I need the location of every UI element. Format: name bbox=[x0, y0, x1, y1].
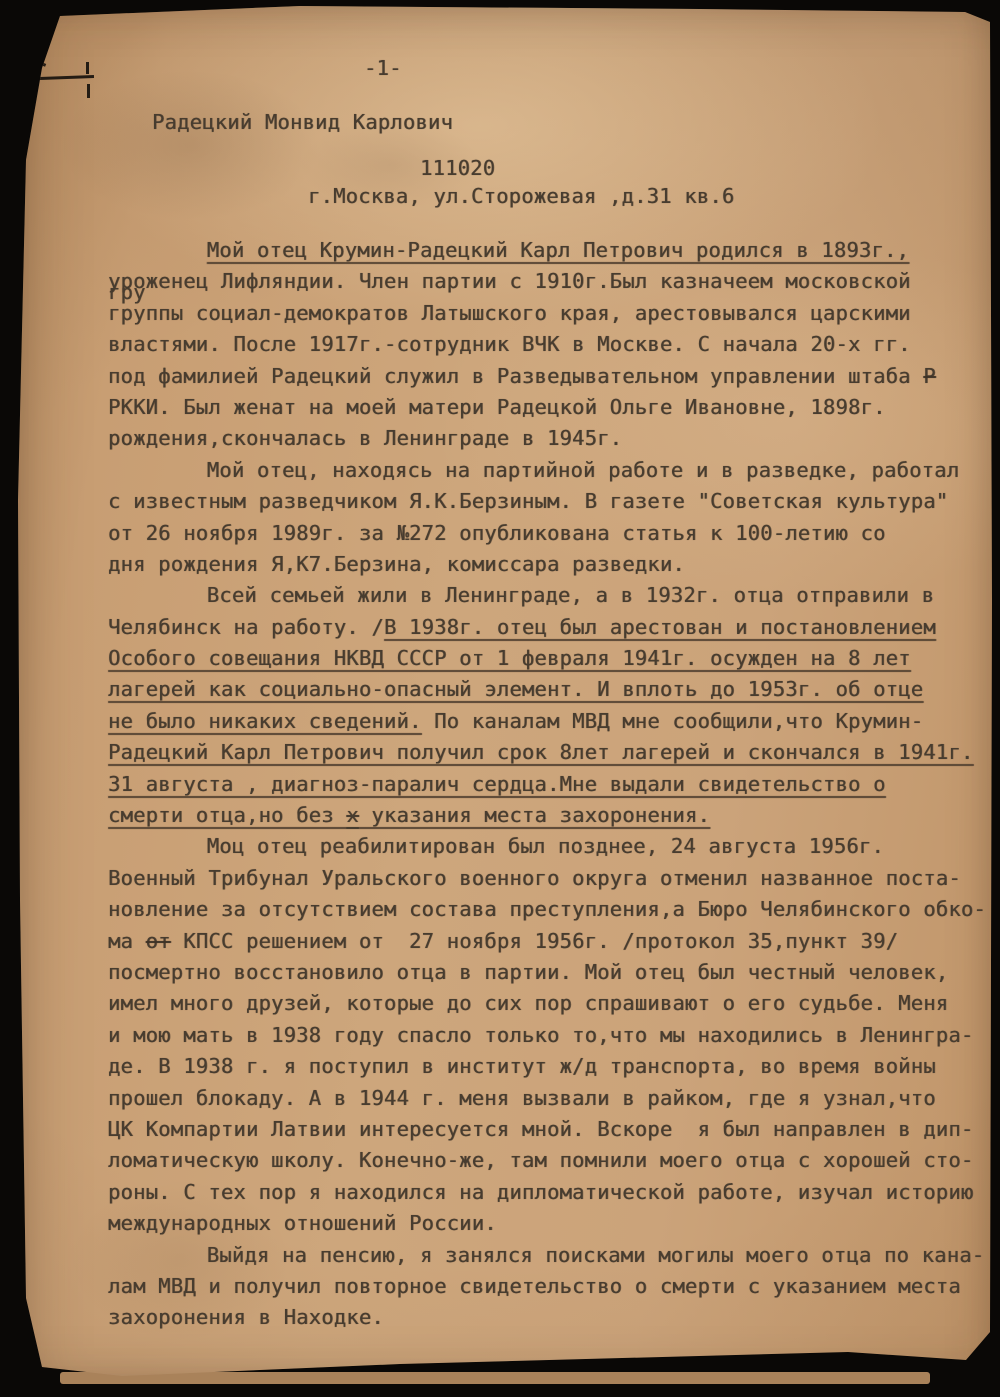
text-line: лам МВД и получил повторное свидетельств… bbox=[108, 1271, 978, 1302]
text-segment: ломатическую школу. Конечно-же, там помн… bbox=[108, 1148, 973, 1172]
text-line: новление за отсутствием состава преступл… bbox=[108, 894, 978, 925]
text-line: не было никаких сведений. По каналам МВД… bbox=[108, 706, 978, 737]
text-segment: Особого совещания НКВД СССР от 1 февраля… bbox=[108, 646, 911, 670]
text-segment: имел много друзей, которые до сих пор сп… bbox=[108, 991, 948, 1015]
text-line: Особого совещания НКВД СССР от 1 февраля… bbox=[108, 643, 978, 674]
text-line: с известным разведчиком Я.К.Берзиным. В … bbox=[108, 486, 978, 517]
postal-code: 111020 bbox=[420, 156, 495, 180]
underlying-page-edge bbox=[60, 1372, 930, 1384]
text-segment: лагерей как социально-опасный элемент. И… bbox=[108, 677, 923, 701]
text-segment: международных отношений России. bbox=[108, 1211, 497, 1235]
text-segment: де. В 1938 г. я поступил в институт ж/д … bbox=[108, 1054, 936, 1078]
text-line: Моц отец реабилитирован был позднее, 24 … bbox=[108, 831, 978, 862]
text-segment: с известным разведчиком Я.К.Берзиным. В … bbox=[108, 489, 948, 513]
text-line: Военный Трибунал Уральского военного окр… bbox=[108, 863, 978, 894]
text-line: 31 августа , диагноз-паралич сердца.Мне … bbox=[108, 769, 978, 800]
text-segment: уроженец Лифляндии. Член партии с 1910г.… bbox=[108, 269, 911, 293]
text-line: и мою мать в 1938 году спасло только то,… bbox=[108, 1020, 978, 1051]
paragraph: Выйдя на пенсию, я занялся поисками моги… bbox=[108, 1240, 978, 1334]
text-segment: от bbox=[146, 929, 171, 953]
page-number: -1- bbox=[364, 56, 402, 80]
text-line: Выйдя на пенсию, я занялся поисками моги… bbox=[108, 1240, 978, 1271]
paragraph: Всей семьей жили в Ленинграде, а в 1932г… bbox=[108, 580, 978, 831]
text-line: рождения,скончалась в Ленинграде в 1945г… bbox=[108, 423, 978, 454]
text-line: Радецкий Карл Петрович получил срок 8лет… bbox=[108, 737, 978, 768]
text-line: Челябинск на работу. /В 1938г. отец был … bbox=[108, 612, 978, 643]
paragraph: Моц отец реабилитирован был позднее, 24 … bbox=[108, 831, 978, 1239]
text-segment: прошел блокаду. А в 1944 г. меня вызвали… bbox=[108, 1086, 936, 1110]
text-line: роны. С тех пор я находился на дипломати… bbox=[108, 1177, 978, 1208]
staple-mark-tick bbox=[87, 84, 90, 98]
text-segment: В 1938г. отец был арестован и постановле… bbox=[384, 615, 936, 639]
text-line: ЦК Компартии Латвии интересуется мной. В… bbox=[108, 1114, 978, 1145]
staple-mark-line bbox=[40, 75, 94, 80]
text-line: лагерей как социально-опасный элемент. И… bbox=[108, 674, 978, 705]
text-line: от 26 ноября 1989г. за №272 опубликована… bbox=[108, 518, 978, 549]
text-segment: новление за отсутствием состава преступл… bbox=[108, 897, 986, 921]
text-segment: не было никаких сведений. bbox=[108, 709, 422, 733]
text-line: ломатическую школу. Конечно-же, там помн… bbox=[108, 1145, 978, 1176]
text-segment: ЦК Компартии Латвии интересуется мной. В… bbox=[108, 1117, 973, 1141]
text-segment: посмертно восстановило отца в партии. Мо… bbox=[108, 960, 948, 984]
paragraph: Мой отец Крумин-Радецкий Карл Петрович р… bbox=[108, 235, 978, 455]
document-body: Мой отец Крумин-Радецкий Карл Петрович р… bbox=[108, 235, 978, 1334]
text-segment: и мою мать в 1938 году спасло только то,… bbox=[108, 1023, 973, 1047]
text-line: Всей семьей жили в Ленинграде, а в 1932г… bbox=[108, 580, 978, 611]
text-line: международных отношений России. bbox=[108, 1208, 978, 1239]
text-line: гругруппы социал-демократов Латышского к… bbox=[108, 298, 978, 329]
text-segment: КПСС решением от 27 ноября 1956г. /прото… bbox=[171, 929, 898, 953]
text-line: захоронения в Находке. bbox=[108, 1302, 978, 1333]
document-page: -1- Радецкий Монвид Карлович 111020 г.Мо… bbox=[0, 0, 1000, 1397]
text-segment: 31 августа , диагноз-паралич сердца.Мне … bbox=[108, 772, 886, 796]
author-name: Радецкий Монвид Карлович bbox=[152, 110, 453, 134]
text-line: де. В 1938 г. я поступил в институт ж/д … bbox=[108, 1051, 978, 1082]
text-segment: под фамилией Радецкий служил в Разведыва… bbox=[108, 364, 923, 388]
text-line: уроженец Лифляндии. Член партии с 1910г.… bbox=[108, 266, 978, 297]
text-segment: Мой отец, находясь на партийной работе и… bbox=[207, 458, 960, 482]
staple-mark-tick bbox=[36, 60, 46, 67]
text-segment: от 26 ноября 1989г. за №272 опубликована… bbox=[108, 521, 886, 545]
text-segment: Радецкий Карл Петрович получил срок 8лет… bbox=[108, 740, 973, 764]
text-segment: дня рождения Я,К7.Берзина, комиссара раз… bbox=[108, 552, 685, 576]
staple-mark-tick bbox=[86, 62, 89, 74]
text-line: имел много друзей, которые до сих пор сп… bbox=[108, 988, 978, 1019]
text-segment: указания места захоронения. bbox=[359, 803, 710, 827]
text-line: под фамилией Радецкий служил в Разведыва… bbox=[108, 361, 978, 392]
text-segment: властями. После 1917г.-сотрудник ВЧК в М… bbox=[108, 332, 911, 356]
text-segment: Военный Трибунал Уральского военного окр… bbox=[108, 866, 961, 890]
text-segment: РККИ. Был женат на моей матери Радецкой … bbox=[108, 395, 886, 419]
text-line: Мой отец Крумин-Радецкий Карл Петрович р… bbox=[108, 235, 978, 266]
text-segment: рождения,скончалась в Ленинграде в 1945г… bbox=[108, 426, 622, 450]
text-segment: ма bbox=[108, 929, 146, 953]
text-segment: Моц отец реабилитирован был позднее, 24 … bbox=[207, 834, 884, 858]
paper-stain bbox=[60, 70, 320, 220]
text-segment: смерти отца,но без bbox=[108, 803, 346, 827]
text-segment: По каналам МВД мне сообщили,что Крумин- bbox=[422, 709, 924, 733]
paragraph: Мой отец, находясь на партийной работе и… bbox=[108, 455, 978, 581]
text-segment: Р bbox=[923, 364, 936, 388]
text-line: ма от КПСС решением от 27 ноября 1956г. … bbox=[108, 926, 978, 957]
text-segment: роны. С тех пор я находился на дипломати… bbox=[108, 1180, 973, 1204]
text-line: Мой отец, находясь на партийной работе и… bbox=[108, 455, 978, 486]
text-segment: Челябинск на работу. / bbox=[108, 615, 384, 639]
text-segment: группы социал-демократов Латышского края… bbox=[108, 301, 911, 325]
text-segment: х bbox=[346, 803, 359, 827]
text-line: властями. После 1917г.-сотрудник ВЧК в М… bbox=[108, 329, 978, 360]
text-segment: захоронения в Находке. bbox=[108, 1305, 384, 1329]
text-line: дня рождения Я,К7.Берзина, комиссара раз… bbox=[108, 549, 978, 580]
text-line: посмертно восстановило отца в партии. Мо… bbox=[108, 957, 978, 988]
scan-background: -1- Радецкий Монвид Карлович 111020 г.Мо… bbox=[0, 0, 1000, 1397]
text-line: РККИ. Был женат на моей матери Радецкой … bbox=[108, 392, 978, 423]
text-segment: Выйдя на пенсию, я занялся поисками моги… bbox=[207, 1243, 985, 1267]
text-line: прошел блокаду. А в 1944 г. меня вызвали… bbox=[108, 1083, 978, 1114]
text-line: смерти отца,но без х указания места захо… bbox=[108, 800, 978, 831]
overtyped-fragment: гру bbox=[108, 283, 146, 301]
address-line: г.Москва, ул.Сторожевая ,д.31 кв.6 bbox=[308, 184, 734, 208]
text-segment: Мой отец Крумин-Радецкий Карл Петрович р… bbox=[207, 238, 909, 262]
text-segment: лам МВД и получил повторное свидетельств… bbox=[108, 1274, 961, 1298]
text-segment: Всей семьей жили в Ленинграде, а в 1932г… bbox=[207, 583, 934, 607]
